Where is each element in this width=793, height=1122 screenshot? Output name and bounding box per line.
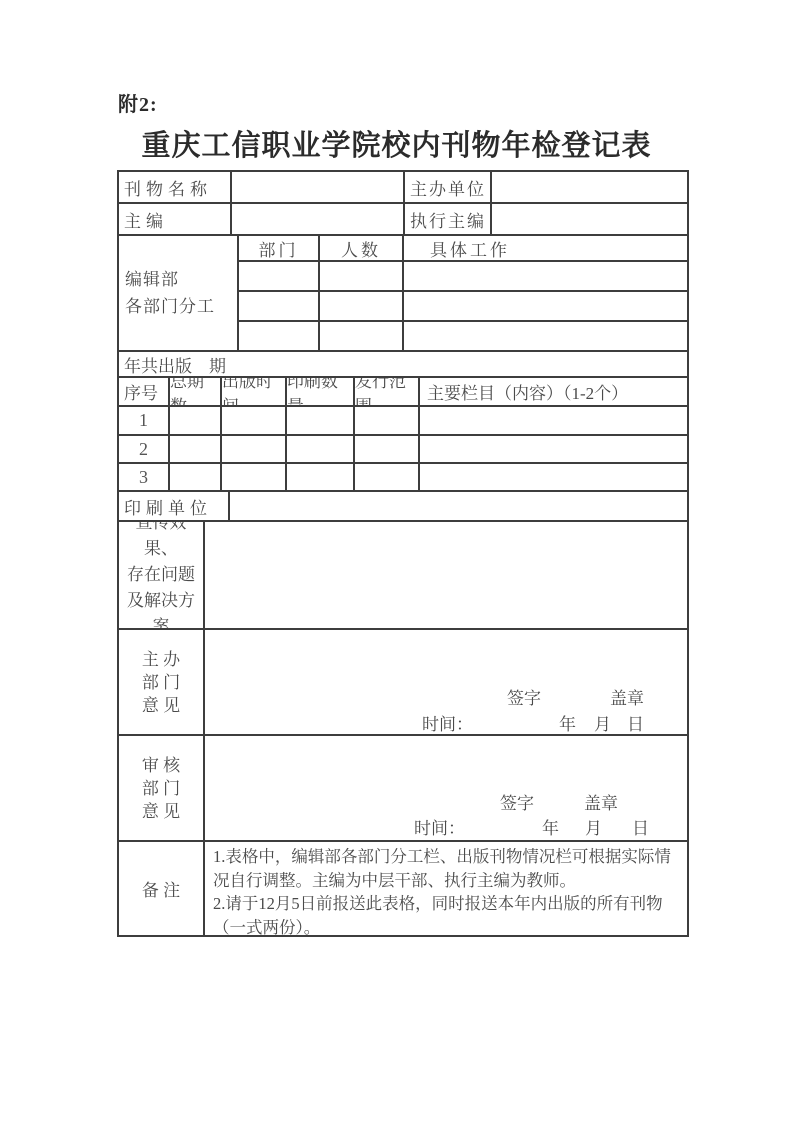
executive-editor-blank xyxy=(492,204,689,236)
remarks-content: 1.表格中，编辑部各部门分工栏、出版刊物情况栏可根据实际情况自行调整。主编为中层… xyxy=(205,842,689,937)
editorial-division-section: 编辑部 各部门分工 部门 人数 具体工作 xyxy=(119,236,689,352)
host-signature-label: 签字 xyxy=(507,684,541,709)
review-time-label: 时间： xyxy=(414,814,465,839)
annual-output-label: 年共出版 期 xyxy=(119,352,689,378)
effect-label-line: 宣传效果、 xyxy=(119,522,203,562)
effect-blank xyxy=(205,522,689,630)
print-quantity-header: 印刷数量 xyxy=(287,378,355,407)
total-issues-blank xyxy=(170,436,222,464)
issue-no-header: 序号 xyxy=(119,378,170,407)
effect-label-line: 及解决方 xyxy=(127,588,195,614)
chief-editor-blank xyxy=(232,204,405,236)
remarks-note: 1.表格中，编辑部各部门分工栏、出版刊物情况栏可根据实际情况自行调整。主编为中层… xyxy=(213,845,679,892)
publish-time-header: 出版时间 xyxy=(222,378,287,407)
issue-row: 3 xyxy=(119,464,689,492)
organizer-label: 主办单位 xyxy=(405,172,492,204)
review-year-label: 年 xyxy=(542,814,559,839)
specific-work-column-header: 具体工作 xyxy=(404,236,689,262)
department-blank xyxy=(239,292,320,322)
print-quantity-blank xyxy=(287,407,355,436)
editorial-division-subtable: 部门 人数 具体工作 xyxy=(239,236,689,352)
headcount-blank xyxy=(320,262,404,292)
page-title: 重庆工信职业学院校内刊物年检登记表 xyxy=(0,123,793,164)
distribution-scope-blank xyxy=(355,436,420,464)
review-month-label: 月 xyxy=(585,814,602,839)
review-day-label: 日 xyxy=(632,814,649,839)
editorial-division-label: 编辑部 各部门分工 xyxy=(119,236,239,352)
issue-row: 2 xyxy=(119,436,689,464)
publish-time-blank xyxy=(222,407,287,436)
remarks-section: 备 注 1.表格中，编辑部各部门分工栏、出版刊物情况栏可根据实际情况自行调整。主… xyxy=(119,842,689,937)
basic-info-row-1: 刊物名称 主办单位 xyxy=(119,172,689,204)
headcount-blank xyxy=(320,322,404,352)
department-blank xyxy=(239,262,320,292)
main-columns-blank xyxy=(420,407,689,436)
review-signature-label: 签字 xyxy=(500,789,534,814)
department-blank xyxy=(239,322,320,352)
printer-label: 印刷单位 xyxy=(119,492,230,522)
host-opinion-label-line: 主 办 xyxy=(142,648,180,671)
total-issues-blank xyxy=(170,464,222,492)
editorial-header-row: 部门 人数 具体工作 xyxy=(239,236,689,262)
editorial-data-row xyxy=(239,262,689,292)
annual-output-row: 年共出版 期 xyxy=(119,352,689,378)
headcount-column-header: 人数 xyxy=(320,236,404,262)
publication-name-label: 刊物名称 xyxy=(119,172,232,204)
host-opinion-section: 主 办 部 门 意 见 签字 盖章 时间： 年 月 日 xyxy=(119,630,689,736)
host-opinion-label: 主 办 部 门 意 见 xyxy=(119,630,205,736)
effect-section: 宣传效果、 存在问题 及解决方 案 xyxy=(119,522,689,630)
issue-no: 2 xyxy=(119,436,170,464)
host-seal-label: 盖章 xyxy=(610,684,644,709)
attachment-label: 附2: xyxy=(118,88,158,117)
specific-work-blank xyxy=(404,292,689,322)
host-month-label: 月 xyxy=(594,710,611,735)
issue-no: 3 xyxy=(119,464,170,492)
total-issues-blank xyxy=(170,407,222,436)
review-opinion-label: 审 核 部 门 意 见 xyxy=(119,736,205,842)
host-day-label: 日 xyxy=(627,710,644,735)
publish-time-blank xyxy=(222,464,287,492)
editorial-data-row xyxy=(239,292,689,322)
effect-label: 宣传效果、 存在问题 及解决方 案 xyxy=(119,522,205,630)
editorial-data-row xyxy=(239,322,689,352)
specific-work-blank xyxy=(404,262,689,292)
host-opinion-area: 签字 盖章 时间： 年 月 日 xyxy=(205,630,689,736)
organizer-blank xyxy=(492,172,689,204)
department-column-header: 部门 xyxy=(239,236,320,262)
review-opinion-label-line: 审 核 xyxy=(142,754,180,777)
host-time-label: 时间： xyxy=(422,710,473,735)
remarks-label: 备 注 xyxy=(119,842,205,937)
remarks-note: 2.请于12月5日前报送此表格，同时报送本年内出版的所有刊物（一式两份）。 xyxy=(213,892,679,937)
total-issues-header: 总期数 xyxy=(170,378,222,407)
review-opinion-area: 签字 盖章 时间： 年 月 日 xyxy=(205,736,689,842)
effect-label-line: 案 xyxy=(153,614,170,630)
review-seal-label: 盖章 xyxy=(584,789,618,814)
review-opinion-label-line: 部 门 xyxy=(142,777,180,800)
specific-work-blank xyxy=(404,322,689,352)
print-quantity-blank xyxy=(287,464,355,492)
distribution-scope-blank xyxy=(355,464,420,492)
editorial-division-label-line: 编辑部 xyxy=(125,266,215,293)
chief-editor-label: 主编 xyxy=(119,204,232,236)
headcount-blank xyxy=(320,292,404,322)
host-year-label: 年 xyxy=(559,710,576,735)
effect-label-line: 存在问题 xyxy=(127,562,195,588)
basic-info-row-2: 主编 执行主编 xyxy=(119,204,689,236)
main-columns-blank xyxy=(420,464,689,492)
host-opinion-label-line: 意 见 xyxy=(142,694,180,717)
issue-row: 1 xyxy=(119,407,689,436)
review-opinion-label-line: 意 见 xyxy=(142,800,180,823)
editorial-division-label-line: 各部门分工 xyxy=(125,293,215,320)
distribution-scope-header: 发行范围 xyxy=(355,378,420,407)
print-quantity-blank xyxy=(287,436,355,464)
executive-editor-label: 执行主编 xyxy=(405,204,492,236)
publication-name-blank xyxy=(232,172,405,204)
printer-row: 印刷单位 xyxy=(119,492,689,522)
issue-no: 1 xyxy=(119,407,170,436)
main-columns-header: 主要栏目（内容）（1-2个） xyxy=(420,378,689,407)
printer-blank xyxy=(230,492,689,522)
review-opinion-section: 审 核 部 门 意 见 签字 盖章 时间： 年 月 日 xyxy=(119,736,689,842)
publish-time-blank xyxy=(222,436,287,464)
main-columns-blank xyxy=(420,436,689,464)
host-opinion-label-line: 部 门 xyxy=(142,671,180,694)
issues-header-row: 序号 总期数 出版时间 印刷数量 发行范围 主要栏目（内容）（1-2个） xyxy=(119,378,689,407)
registration-form-table: 刊物名称 主办单位 主编 执行主编 编辑部 各部门分工 部门 人数 具体工作 xyxy=(117,170,689,937)
distribution-scope-blank xyxy=(355,407,420,436)
